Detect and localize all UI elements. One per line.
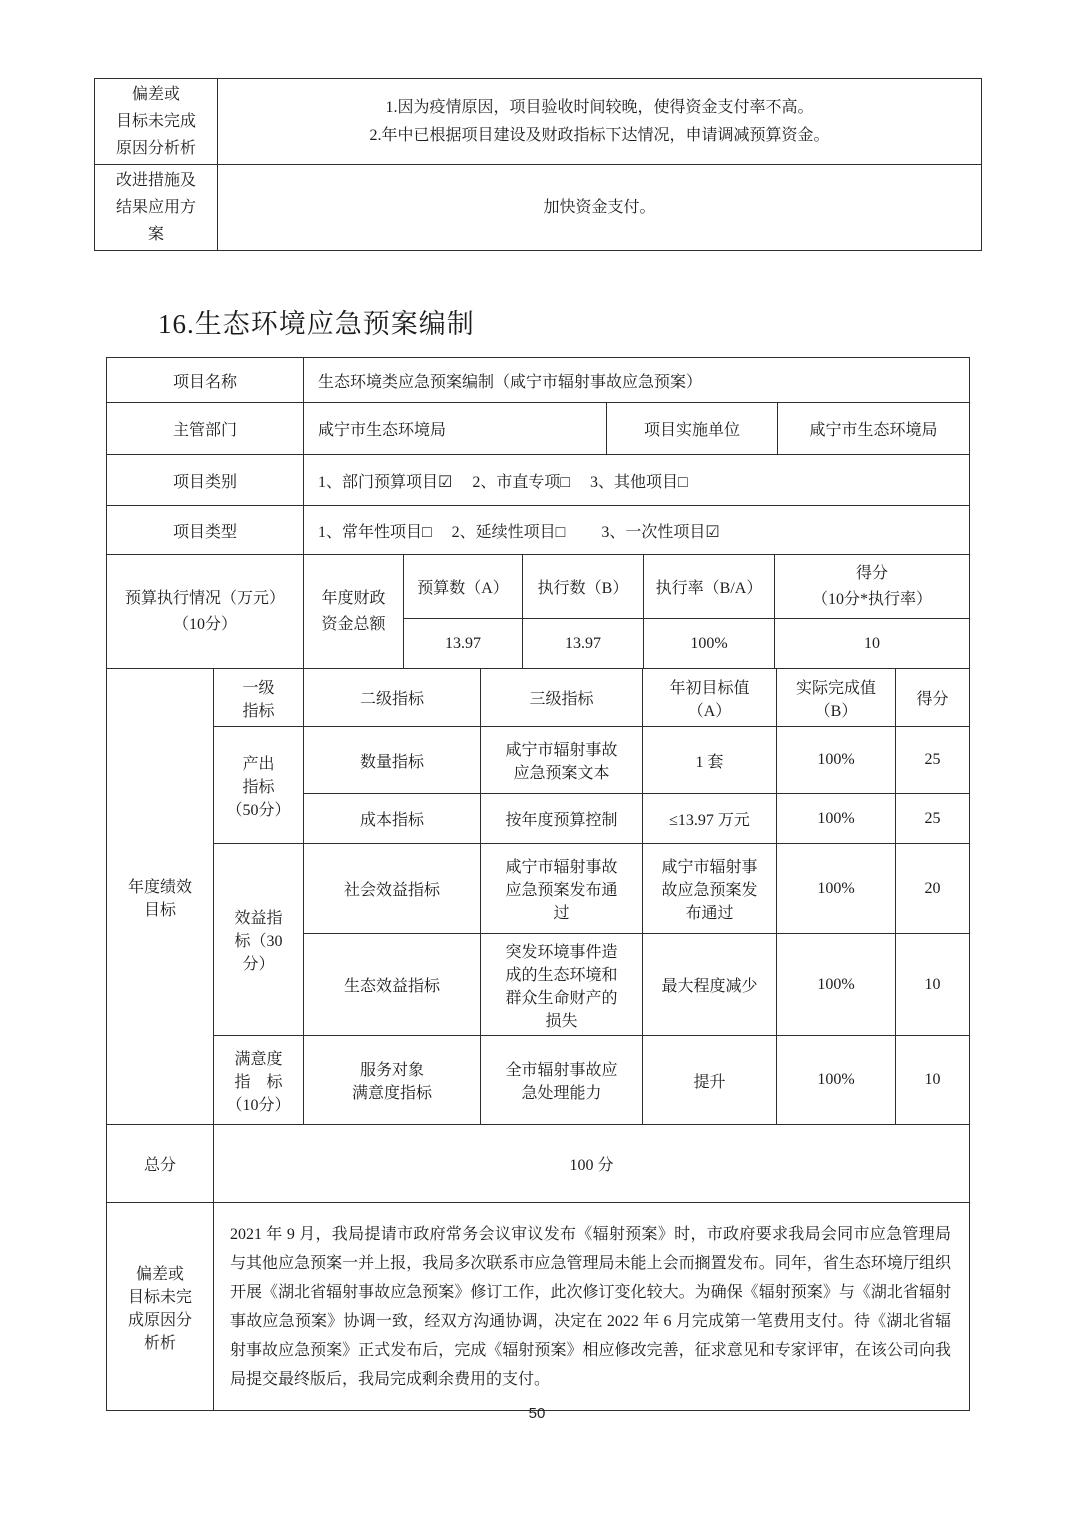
annual-fund-label: 年度财政 资金总额 [304,555,404,669]
benefit-indicator-group-label: 效益指 标（30 分） [214,844,304,1036]
deviation-analysis-row-label: 偏差或 目标未完 成原因分 析析 [107,1203,214,1411]
indicator-score: 25 [896,727,970,794]
budget-score-header: 得分 （10分*执行率） [775,555,970,619]
table-row: 项目类别 1、部门预算项目☑ 2、市直专项□ 3、其他项目□ [107,455,970,506]
indicator-level3: 突发环境事件造 成的生态环境和 群众生命财产的 损失 [481,934,643,1036]
indicator-actual: 100% [777,727,896,794]
indicator-level3: 按年度预算控制 [481,794,643,844]
executed-amount-value: 13.97 [523,619,644,669]
indicator-target: 咸宁市辐射事 故应急预案发 布通过 [643,844,777,934]
indicator-target: 提升 [643,1036,777,1125]
indicator-level3: 咸宁市辐射事故 应急预案发布通 过 [481,844,643,934]
satisfaction-indicator-group-label: 满意度 指 标 （10分） [214,1036,304,1125]
indicator-score: 25 [896,794,970,844]
deviation-analysis-paragraph: 2021 年 9 月，我局提请市政府常务会议审议发布《辐射预案》时，市政府要求我… [214,1203,970,1411]
performance-indicators-table: 年度绩效 目标 一级 指标 二级指标 三级指标 年初目标值 （A） 实际完成值 … [106,668,970,1125]
improvement-measures-content: 加快资金支付。 [218,165,982,251]
implementing-unit-label: 项目实施单位 [607,403,778,455]
document-page: 偏差或 目标未完成 原因分析析 1.因为疫情原因，项目验收时间较晚，使得资金支付… [0,0,1074,1520]
table-row: 总分 100 分 [107,1125,970,1203]
department-value: 咸宁市生态环境局 [304,403,607,455]
improvement-measures-label: 改进措施及 结果应用方 案 [95,165,218,251]
budget-amount-header: 预算数（A） [404,555,523,619]
score-header: 得分 [896,669,970,727]
table-row: 主管部门 咸宁市生态环境局 项目实施单位 咸宁市生态环境局 [107,403,970,455]
indicator-level2: 数量指标 [304,727,481,794]
table-row: 满意度 指 标 （10分） 服务对象 满意度指标 全市辐射事故应 急处理能力 提… [107,1036,970,1125]
previous-section-table: 偏差或 目标未完成 原因分析析 1.因为疫情原因，项目验收时间较晚，使得资金支付… [94,78,982,251]
indicator-target: ≤13.97 万元 [643,794,777,844]
project-category-label: 项目类别 [107,455,304,506]
level1-indicator-header: 一级 指标 [214,669,304,727]
budget-execution-table: 预算执行情况（万元） （10分） 年度财政 资金总额 预算数（A） 执行数（B）… [106,554,970,669]
table-row: 项目类型 1、常年性项目□ 2、延续性项目□ 3、一次性项目☑ [107,506,970,555]
annual-performance-goal-label: 年度绩效 目标 [107,669,214,1125]
indicator-level3: 咸宁市辐射事故 应急预案文本 [481,727,643,794]
table-row: 预算执行情况（万元） （10分） 年度财政 资金总额 预算数（A） 执行数（B）… [107,555,970,619]
table-row: 产出 指标 （50分） 数量指标 咸宁市辐射事故 应急预案文本 1 套 100%… [107,727,970,794]
indicator-target: 1 套 [643,727,777,794]
indicator-level2: 服务对象 满意度指标 [304,1036,481,1125]
indicator-actual: 100% [777,1036,896,1125]
indicator-level3: 全市辐射事故应 急处理能力 [481,1036,643,1125]
main-evaluation-table: 项目名称 生态环境类应急预案编制（咸宁市辐射事故应急预案） 主管部门 咸宁市生态… [106,357,969,1411]
indicator-level2: 生态效益指标 [304,934,481,1036]
output-indicator-group-label: 产出 指标 （50分） [214,727,304,844]
indicator-actual: 100% [777,794,896,844]
indicator-target: 最大程度减少 [643,934,777,1036]
deviation-analysis-label: 偏差或 目标未完成 原因分析析 [95,79,218,165]
budget-execution-label: 预算执行情况（万元） （10分） [107,555,304,669]
indicator-score: 10 [896,934,970,1036]
indicator-actual: 100% [777,844,896,934]
department-label: 主管部门 [107,403,304,455]
budget-amount-value: 13.97 [404,619,523,669]
execution-rate-header: 执行率（B/A） [644,555,775,619]
project-type-label: 项目类型 [107,506,304,555]
project-name-label: 项目名称 [107,358,304,403]
table-row: 偏差或 目标未完 成原因分 析析 2021 年 9 月，我局提请市政府常务会议审… [107,1203,970,1411]
section-title: 16.生态环境应急预案编制 [158,302,475,341]
project-name-value: 生态环境类应急预案编制（咸宁市辐射事故应急预案） [304,358,970,403]
project-category-options: 1、部门预算项目☑ 2、市直专项□ 3、其他项目□ [304,455,970,506]
indicator-score: 10 [896,1036,970,1125]
total-score-label: 总分 [107,1125,214,1203]
indicator-level2: 成本指标 [304,794,481,844]
deviation-line-1: 1.因为疫情原因，项目验收时间较晚，使得资金支付率不高。 [224,94,975,122]
level3-indicator-header: 三级指标 [481,669,643,727]
execution-rate-value: 100% [644,619,775,669]
table-row: 偏差或 目标未完成 原因分析析 1.因为疫情原因，项目验收时间较晚，使得资金支付… [95,79,982,165]
table-row: 改进措施及 结果应用方 案 加快资金支付。 [95,165,982,251]
indicator-actual: 100% [777,934,896,1036]
target-value-header: 年初目标值 （A） [643,669,777,727]
deviation-analysis-content: 1.因为疫情原因，项目验收时间较晚，使得资金支付率不高。 2.年中已根据项目建设… [218,79,982,165]
actual-value-header: 实际完成值 （B） [777,669,896,727]
table-row: 效益指 标（30 分） 社会效益指标 咸宁市辐射事故 应急预案发布通 过 咸宁市… [107,844,970,934]
project-type-options: 1、常年性项目□ 2、延续性项目□ 3、一次性项目☑ [304,506,970,555]
implementing-unit-value: 咸宁市生态环境局 [778,403,970,455]
budget-score-value: 10 [775,619,970,669]
project-info-table: 项目名称 生态环境类应急预案编制（咸宁市辐射事故应急预案） 主管部门 咸宁市生态… [106,357,970,555]
table-row: 年度绩效 目标 一级 指标 二级指标 三级指标 年初目标值 （A） 实际完成值 … [107,669,970,727]
page-number: 50 [0,1405,1074,1422]
indicator-level2: 社会效益指标 [304,844,481,934]
deviation-analysis-table: 偏差或 目标未完 成原因分 析析 2021 年 9 月，我局提请市政府常务会议审… [106,1202,970,1411]
indicator-score: 20 [896,844,970,934]
total-score-value: 100 分 [214,1125,970,1203]
level2-indicator-header: 二级指标 [304,669,481,727]
table-row: 项目名称 生态环境类应急预案编制（咸宁市辐射事故应急预案） [107,358,970,403]
total-score-table: 总分 100 分 [106,1124,970,1203]
deviation-line-2: 2.年中已根据项目建设及财政指标下达情况，申请调减预算资金。 [224,122,975,150]
executed-amount-header: 执行数（B） [523,555,644,619]
